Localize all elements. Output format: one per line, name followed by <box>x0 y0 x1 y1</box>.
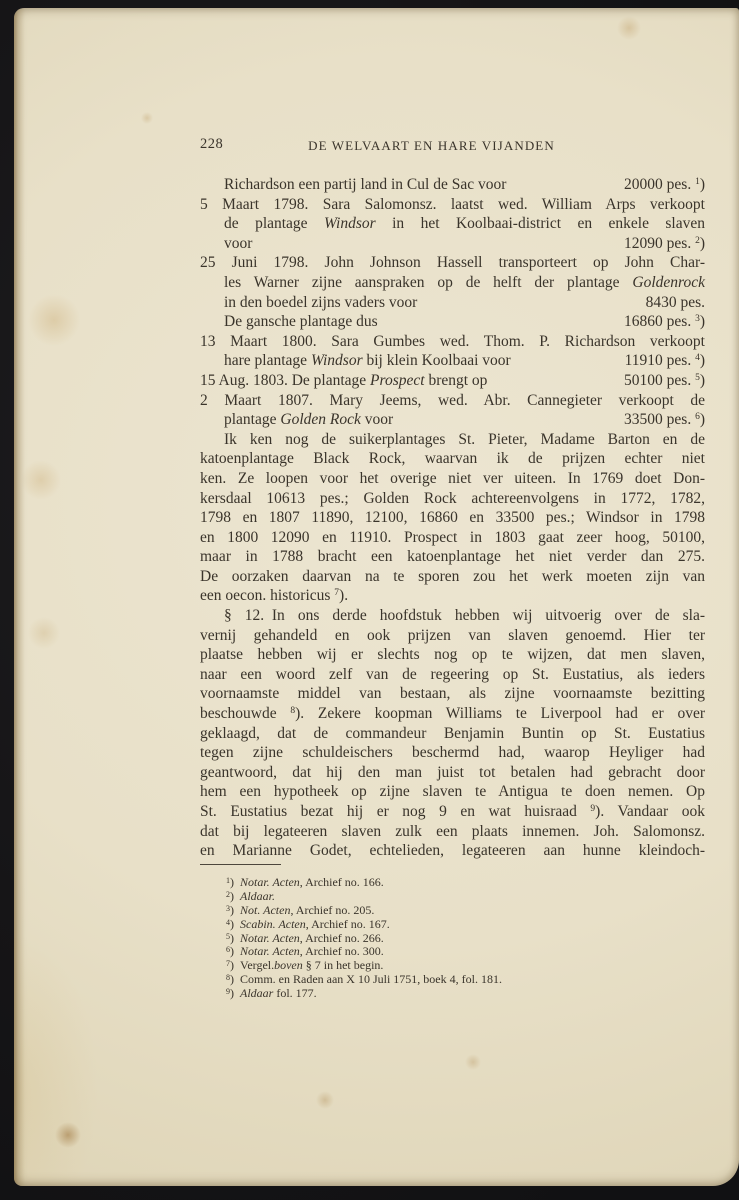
footnote-number: 8 <box>226 973 230 982</box>
italic-text: Scabin. Acten <box>240 917 306 931</box>
text-line: Ik ken nog de suikerplantages St. Pieter… <box>200 430 705 450</box>
footnote-number: 4 <box>226 918 230 927</box>
text-segment: Ik ken nog de suikerplantages St. Pieter… <box>224 431 705 448</box>
photo-background: 228 DE WELVAART EN HARE VIJANDEN Richard… <box>0 0 739 1200</box>
line-text: katoenplantage Black Rock, waarvan ik de… <box>200 450 705 467</box>
italic-text: boven <box>274 958 303 972</box>
text-segment: 16860 pes. <box>624 313 695 330</box>
text-line: een oecon. historicus 7). <box>200 586 705 606</box>
line-text: de plantage Windsor in het Koolbaai-dist… <box>224 215 705 232</box>
footnote-line: 9)Aldaar fol. 177. <box>200 987 690 1001</box>
footnote-text: Not. Acten, Archief no. 205. <box>240 903 374 917</box>
text-segment: vernij gehandeld en ook prijzen van slav… <box>200 627 705 644</box>
footnote-number: 7 <box>226 959 230 968</box>
text-line: kersdaal 10613 pes.; Golden Rock achtere… <box>200 489 705 509</box>
text-segment: ). Vandaar ook <box>595 803 705 820</box>
text-line: geantwoord, dat hij den man juist tot be… <box>200 763 705 783</box>
text-line: 2 Maart 1807. Mary Jeems, wed. Abr. Cann… <box>200 391 705 411</box>
line-text: St. Eustatius bezat hij er nog 9 en wat … <box>200 803 705 820</box>
page-number: 228 <box>200 136 223 153</box>
line-text: 15 Aug. 1803. De plantage Prospect breng… <box>200 371 487 391</box>
line-text: 1798 en 1807 11890, 12100, 16860 en 3350… <box>200 509 705 526</box>
text-line: beschouwde 8). Zekere koopman Williams t… <box>200 704 705 724</box>
line-text: dat bij legateeren slaven zulk een plaat… <box>200 823 705 840</box>
footnote-line: 7)Vergel.boven § 7 in het begin. <box>200 959 690 973</box>
footnote-marker: 3) <box>200 904 234 918</box>
text-line: voor12090 pes. 2) <box>200 234 705 254</box>
price-amount: 20000 pes. 1) <box>624 175 705 195</box>
text-segment: hare plantage <box>224 352 311 369</box>
text-segment: ) <box>700 176 705 193</box>
text-segment: ) <box>700 235 705 252</box>
text-segment: bij klein Koolbaai voor <box>363 352 511 369</box>
text-segment: plantage <box>224 411 280 428</box>
footnote-text: Comm. en Raden aan X 10 Juli 1751, boek … <box>240 972 502 986</box>
text-segment: les Warner zijne aanspraken op de helft … <box>224 274 632 291</box>
line-text: 2 Maart 1807. Mary Jeems, wed. Abr. Cann… <box>200 392 705 409</box>
text-line: 25 Juni 1798. John Johnson Hassell trans… <box>200 253 705 273</box>
text-segment: en 1800 12090 en 11910. Prospect in 1803… <box>200 529 705 546</box>
text-segment: § 12. In ons derde hoofdstuk hebben wij … <box>224 607 705 624</box>
text-line: en 1800 12090 en 11910. Prospect in 1803… <box>200 528 705 548</box>
italic-text: Notar. Acten <box>240 931 300 945</box>
text-segment: ). <box>339 587 348 604</box>
footnote-marker: 5) <box>200 932 234 946</box>
footnote-text: Vergel.boven § 7 in het begin. <box>240 958 383 972</box>
text-segment: St. Eustatius bezat hij er nog 9 en wat … <box>200 803 590 820</box>
text-segment: katoenplantage Black Rock, waarvan ik de… <box>200 450 705 467</box>
line-text: § 12. In ons derde hoofdstuk hebben wij … <box>224 607 705 624</box>
text-segment: ). Zekere koopman Williams te Liverpool … <box>295 705 705 722</box>
text-segment: 20000 pes. <box>624 176 695 193</box>
text-segment: , Archief no. 166. <box>300 875 384 889</box>
footnote-marker: 1) <box>200 876 234 890</box>
price-amount: 12090 pes. 2) <box>624 234 705 254</box>
footnote-separator <box>200 864 281 865</box>
body-text: Richardson een partij land in Cul de Sac… <box>200 175 705 861</box>
line-text: hare plantage Windsor bij klein Koolbaai… <box>224 351 511 371</box>
footnote-number: 1 <box>226 876 230 885</box>
line-text: De gansche plantage dus <box>224 312 378 332</box>
text-segment: 13 Maart 1800. Sara Gumbes wed. Thom. P.… <box>200 333 705 350</box>
line-text: 5 Maart 1798. Sara Salomonsz. laatst wed… <box>200 196 705 213</box>
text-segment: geklaagd, dat de commandeur Benjamin Bun… <box>200 725 705 742</box>
line-text: plaatse hebben wij er slechts nog op te … <box>200 646 705 663</box>
text-segment: plaatse hebben wij er slechts nog op te … <box>200 646 705 663</box>
text-segment: een oecon. historicus <box>200 587 334 604</box>
text-line: 5 Maart 1798. Sara Salomonsz. laatst wed… <box>200 195 705 215</box>
line-text: Richardson een partij land in Cul de Sac… <box>224 175 506 195</box>
text-line: De gansche plantage dus16860 pes. 3) <box>200 312 705 332</box>
text-segment: 33500 pes. <box>624 411 695 428</box>
text-line: tegen zijne schuldeischers beschermd had… <box>200 743 705 763</box>
text-segment: beschouwde <box>200 705 290 722</box>
footnote-line: 2)Aldaar. <box>200 890 690 904</box>
line-text: Ik ken nog de suikerplantages St. Pieter… <box>224 431 705 448</box>
text-segment: 12090 pes. <box>624 235 695 252</box>
price-amount: 8430 pes. <box>646 293 705 313</box>
footnote-text: Notar. Acten, Archief no. 266. <box>240 931 384 945</box>
line-text: en Marianne Godet, echtelieden, legateer… <box>200 842 705 859</box>
text-segment: , Archief no. 167. <box>306 917 390 931</box>
footnote-marker: 6) <box>200 945 234 959</box>
footnote-marker: 8) <box>200 973 234 987</box>
text-line: de plantage Windsor in het Koolbaai-dist… <box>200 214 705 234</box>
italic-text: Goldenrock <box>632 274 705 291</box>
text-segment: de plantage <box>224 215 324 232</box>
line-text: beschouwde 8). Zekere koopman Williams t… <box>200 705 705 722</box>
footnote-number: 9 <box>226 987 230 996</box>
italic-text: Notar. Acten <box>240 944 300 958</box>
text-segment: voornaamste middel van bestaan, als zijn… <box>200 685 705 702</box>
italic-text: Windsor <box>311 352 363 369</box>
text-segment: tegen zijne schuldeischers beschermd had… <box>200 744 705 761</box>
line-text: voornaamste middel van bestaan, als zijn… <box>200 685 705 702</box>
price-amount: 11910 pes. 4) <box>625 351 705 371</box>
text-segment: 1798 en 1807 11890, 12100, 16860 en 3350… <box>200 509 705 526</box>
footnote-line: 4)Scabin. Acten, Archief no. 167. <box>200 918 690 932</box>
text-line: St. Eustatius bezat hij er nog 9 en wat … <box>200 802 705 822</box>
footnotes: 1)Notar. Acten, Archief no. 166.2)Aldaar… <box>200 876 690 1001</box>
footnote-line: 5)Notar. Acten, Archief no. 266. <box>200 932 690 946</box>
line-text: geantwoord, dat hij den man juist tot be… <box>200 764 705 781</box>
text-segment: 11910 pes. <box>625 352 695 369</box>
text-segment: ken. Ze loopen voor het overige niet ver… <box>200 470 705 487</box>
text-segment: ) <box>700 411 705 428</box>
footnote-number: 6 <box>226 945 230 954</box>
italic-text: Aldaar <box>240 986 273 1000</box>
text-segment: in den boedel zijns vaders voor <box>224 294 417 311</box>
footnote-line: 8)Comm. en Raden aan X 10 Juli 1751, boe… <box>200 973 690 987</box>
line-text: hem een hypotheek op zijne slaven te Ant… <box>200 783 705 800</box>
footnote-marker: 9) <box>200 987 234 1001</box>
line-text: 13 Maart 1800. Sara Gumbes wed. Thom. P.… <box>200 333 705 350</box>
text-segment: ) <box>700 352 705 369</box>
text-segment: voor <box>224 235 252 252</box>
footnote-marker: 7) <box>200 959 234 973</box>
footnote-number: 2 <box>226 890 230 899</box>
text-segment: Vergel. <box>240 958 274 972</box>
italic-text: Notar. Acten <box>240 875 300 889</box>
footnote-marker: 2) <box>200 890 234 904</box>
footnote-text: Notar. Acten, Archief no. 166. <box>240 875 384 889</box>
text-segment: 5 Maart 1798. Sara Salomonsz. laatst wed… <box>200 196 705 213</box>
text-line: hare plantage Windsor bij klein Koolbaai… <box>200 351 705 371</box>
line-text: maar in 1788 bracht een katoenplantage h… <box>200 548 705 565</box>
text-segment: , Archief no. 266. <box>300 931 384 945</box>
text-segment: maar in 1788 bracht een katoenplantage h… <box>200 548 705 565</box>
text-line: hem een hypotheek op zijne slaven te Ant… <box>200 782 705 802</box>
italic-text: Not. Acten <box>240 903 290 917</box>
line-text: en 1800 12090 en 11910. Prospect in 1803… <box>200 529 705 546</box>
text-segment: dat bij legateeren slaven zulk een plaat… <box>200 823 705 840</box>
text-segment: Comm. en Raden aan X 10 Juli 1751, boek … <box>240 972 502 986</box>
text-segment: 8430 pes. <box>646 294 705 311</box>
line-text: ken. Ze loopen voor het overige niet ver… <box>200 470 705 487</box>
text-line: les Warner zijne aanspraken op de helft … <box>200 273 705 293</box>
text-line: 1798 en 1807 11890, 12100, 16860 en 3350… <box>200 508 705 528</box>
text-line: ken. Ze loopen voor het overige niet ver… <box>200 469 705 489</box>
line-text: in den boedel zijns vaders voor <box>224 293 417 313</box>
price-amount: 50100 pes. 5) <box>624 371 705 391</box>
text-segment: 50100 pes. <box>624 372 695 389</box>
text-segment: , Archief no. 300. <box>300 944 384 958</box>
text-line: plantage Golden Rock voor33500 pes. 6) <box>200 410 705 430</box>
text-line: katoenplantage Black Rock, waarvan ik de… <box>200 449 705 469</box>
text-segment: kersdaal 10613 pes.; Golden Rock achtere… <box>200 490 705 507</box>
italic-text: Aldaar. <box>240 889 275 903</box>
line-text: naar een woord zelf van de regeering op … <box>200 666 705 683</box>
text-segment: hem een hypotheek op zijne slaven te Ant… <box>200 783 705 800</box>
footnote-line: 6)Notar. Acten, Archief no. 300. <box>200 945 690 959</box>
text-segment: naar een woord zelf van de regeering op … <box>200 666 705 683</box>
line-text: voor <box>224 234 252 254</box>
line-text: geklaagd, dat de commandeur Benjamin Bun… <box>200 725 705 742</box>
line-text: een oecon. historicus 7). <box>200 587 348 604</box>
footnote-line: 3)Not. Acten, Archief no. 205. <box>200 904 690 918</box>
line-text: 25 Juni 1798. John Johnson Hassell trans… <box>200 254 705 271</box>
text-segment: Richardson een partij land in Cul de Sac… <box>224 176 506 193</box>
text-line: in den boedel zijns vaders voor8430 pes. <box>200 293 705 313</box>
line-text: De oorzaken daarvan na te sporen zou het… <box>200 568 705 585</box>
italic-text: Windsor <box>324 215 376 232</box>
text-segment: ) <box>700 313 705 330</box>
text-segment: , Archief no. 205. <box>290 903 374 917</box>
text-segment: voor <box>361 411 393 428</box>
text-line: maar in 1788 bracht een katoenplantage h… <box>200 547 705 567</box>
footnote-text: Aldaar. <box>240 889 275 903</box>
text-segment: § 7 in het begin. <box>303 958 384 972</box>
text-line: Richardson een partij land in Cul de Sac… <box>200 175 705 195</box>
line-text: les Warner zijne aanspraken op de helft … <box>224 274 705 291</box>
italic-text: Golden Rock <box>280 411 360 428</box>
text-segment: ) <box>700 372 705 389</box>
text-segment: geantwoord, dat hij den man juist tot be… <box>200 764 705 781</box>
page-header: 228 DE WELVAART EN HARE VIJANDEN <box>200 136 705 156</box>
footnote-marker: 4) <box>200 918 234 932</box>
text-line: § 12. In ons derde hoofdstuk hebben wij … <box>200 606 705 626</box>
text-segment: 15 Aug. 1803. De plantage <box>200 372 370 389</box>
text-segment: 25 Juni 1798. John Johnson Hassell trans… <box>200 254 705 271</box>
line-text: plantage Golden Rock voor <box>224 410 393 430</box>
text-line: 13 Maart 1800. Sara Gumbes wed. Thom. P.… <box>200 332 705 352</box>
text-line: voornaamste middel van bestaan, als zijn… <box>200 684 705 704</box>
text-line: plaatse hebben wij er slechts nog op te … <box>200 645 705 665</box>
text-segment: brengt op <box>425 372 488 389</box>
text-segment: in het Koolbaai-district en enkele slave… <box>376 215 705 232</box>
text-line: naar een woord zelf van de regeering op … <box>200 665 705 685</box>
book-page: 228 DE WELVAART EN HARE VIJANDEN Richard… <box>14 8 739 1186</box>
line-text: tegen zijne schuldeischers beschermd had… <box>200 744 705 761</box>
footnote-text: Aldaar fol. 177. <box>240 986 317 1000</box>
running-title: DE WELVAART EN HARE VIJANDEN <box>308 138 555 154</box>
text-segment: De oorzaken daarvan na te sporen zou het… <box>200 568 705 585</box>
text-line: dat bij legateeren slaven zulk een plaat… <box>200 822 705 842</box>
text-line: geklaagd, dat de commandeur Benjamin Bun… <box>200 724 705 744</box>
text-segment: fol. 177. <box>273 986 316 1000</box>
footnote-number: 3 <box>226 904 230 913</box>
text-line: en Marianne Godet, echtelieden, legateer… <box>200 841 705 861</box>
footnote-text: Notar. Acten, Archief no. 300. <box>240 944 384 958</box>
text-line: 15 Aug. 1803. De plantage Prospect breng… <box>200 371 705 391</box>
footnote-text: Scabin. Acten, Archief no. 167. <box>240 917 390 931</box>
price-amount: 33500 pes. 6) <box>624 410 705 430</box>
line-text: vernij gehandeld en ook prijzen van slav… <box>200 627 705 644</box>
text-segment: De gansche plantage dus <box>224 313 378 330</box>
price-amount: 16860 pes. 3) <box>624 312 705 332</box>
footnote-number: 5 <box>226 932 230 941</box>
text-segment: 2 Maart 1807. Mary Jeems, wed. Abr. Cann… <box>200 392 705 409</box>
text-segment: en Marianne Godet, echtelieden, legateer… <box>200 842 705 859</box>
footnote-line: 1)Notar. Acten, Archief no. 166. <box>200 876 690 890</box>
text-line: vernij gehandeld en ook prijzen van slav… <box>200 626 705 646</box>
italic-text: Prospect <box>370 372 425 389</box>
text-line: De oorzaken daarvan na te sporen zou het… <box>200 567 705 587</box>
line-text: kersdaal 10613 pes.; Golden Rock achtere… <box>200 490 705 507</box>
